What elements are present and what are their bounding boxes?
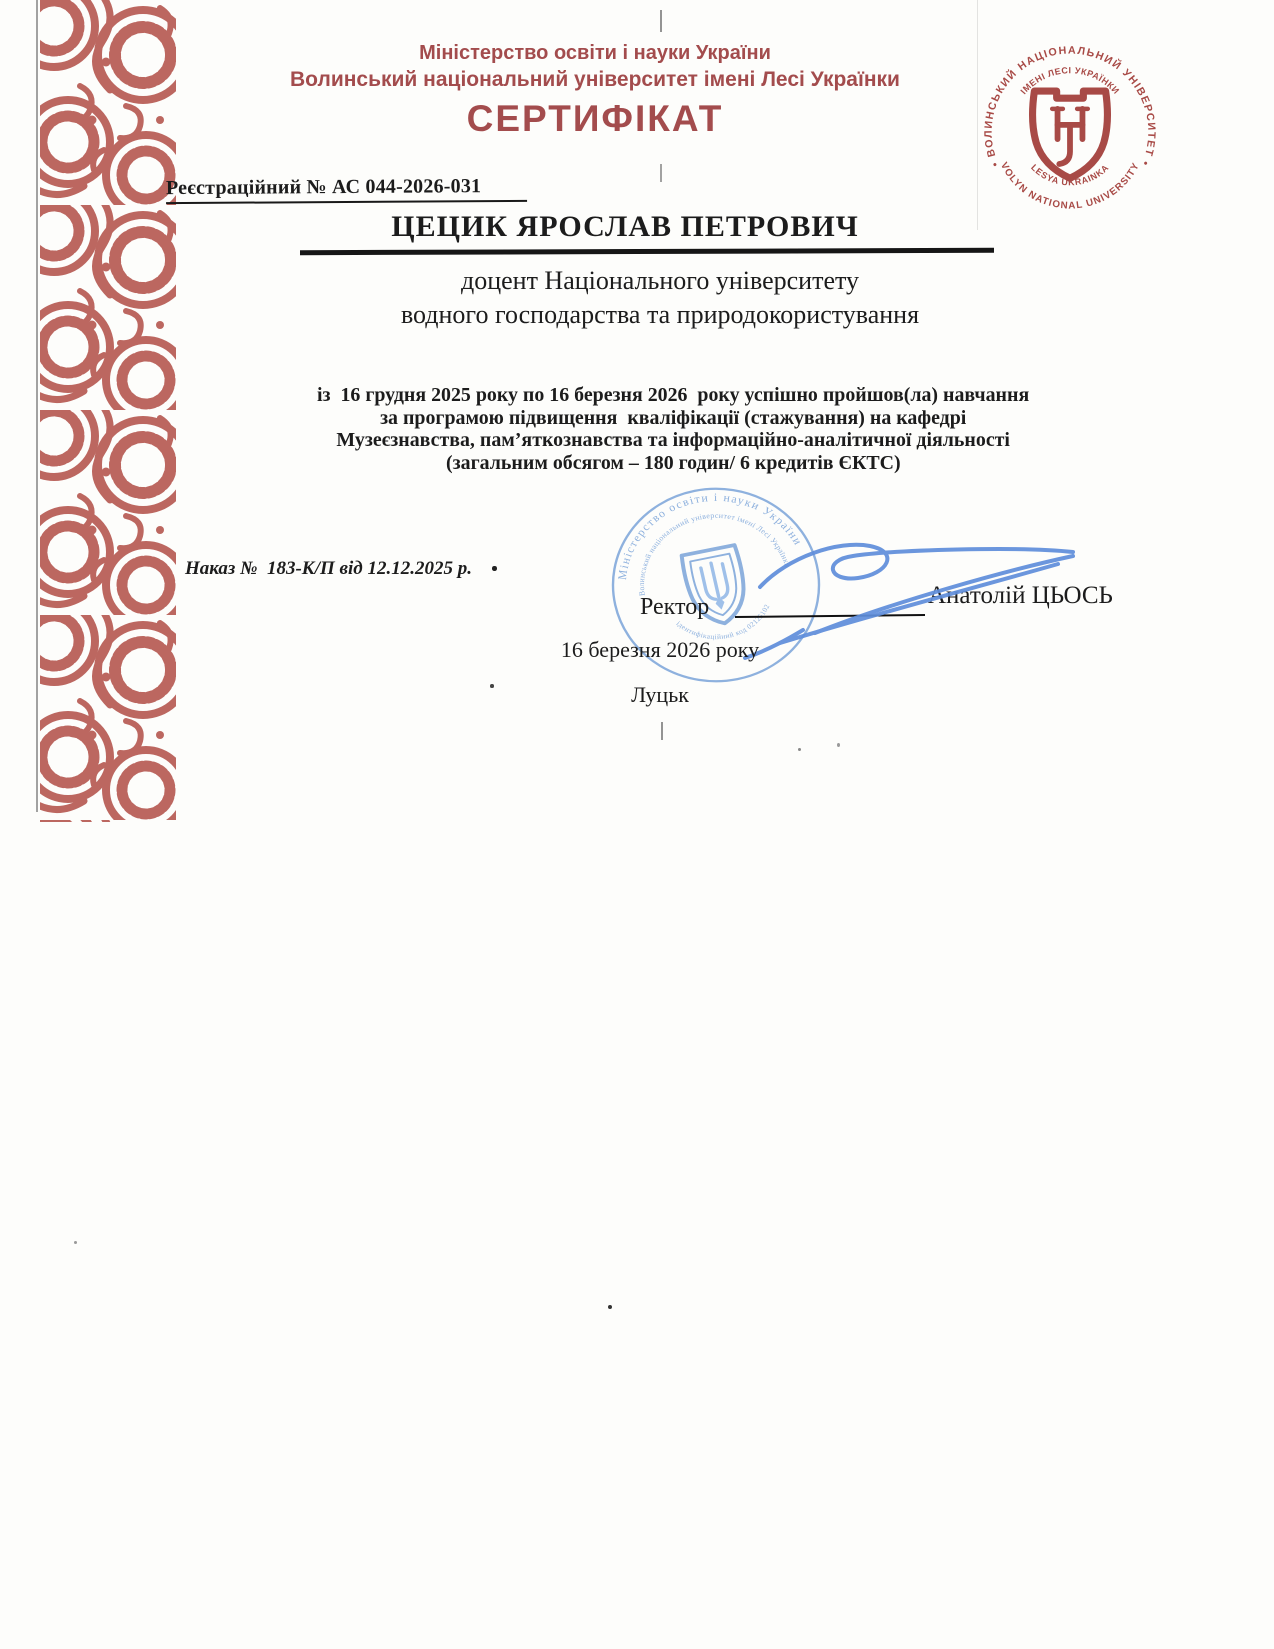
rector-label: Ректор: [640, 594, 709, 621]
body-line-2: за програмою підвищення кваліфікації (ст…: [248, 407, 1098, 430]
ornamental-border: [40, 0, 176, 822]
issue-date: 16 березня 2026 року: [560, 637, 760, 663]
university-line: Волинський національний університет імен…: [170, 68, 1020, 92]
ink-speck-6: [74, 1241, 77, 1244]
scan-fold-line: [977, 0, 978, 230]
university-seal: • ВОЛИНСЬКИЙ НАЦІОНАЛЬНИЙ УНІВЕРСИТЕТ • …: [981, 43, 1159, 221]
body-line-3: Музеєзнавства, пам’яткознавства та інфор…: [248, 429, 1098, 452]
ink-speck-1: [492, 566, 497, 571]
university-seal-svg: • ВОЛИНСЬКИЙ НАЦІОНАЛЬНИЙ УНІВЕРСИТЕТ • …: [981, 43, 1159, 221]
recipient-position-line2: водного господарства та природокористува…: [235, 300, 1085, 330]
registration-number: Реєстраційний № АС 044-2026-031: [166, 175, 527, 204]
fold-mark-top: [660, 10, 662, 32]
name-underline-rule: [300, 248, 994, 255]
signature-svg: [718, 512, 1088, 667]
ink-speck-2: [490, 684, 494, 688]
rector-signature: [718, 512, 1088, 667]
ink-speck-5: [608, 1305, 612, 1309]
body-line-4: (загальним обсягом – 180 годин/ 6 кредит…: [248, 452, 1098, 475]
ornament-pattern-svg: [40, 0, 176, 822]
seal-shield-monogram: [1033, 91, 1108, 178]
ministry-line: Міністерство освіти і науки України: [170, 42, 1020, 65]
recipient-position-line1: доцент Національного університету: [235, 266, 1085, 296]
certificate-page: Міністерство освіти і науки України Воли…: [0, 0, 1274, 1649]
body-line-1: із 16 грудня 2025 року по 16 березня 202…: [248, 384, 1098, 407]
fold-mark-middle: [661, 722, 663, 740]
recipient-name: ЦЕЦИК ЯРОСЛАВ ПЕТРОВИЧ: [200, 210, 1050, 244]
fold-mark-upper: [660, 164, 662, 182]
scan-edge-line: [36, 0, 38, 812]
issue-city: Луцьк: [560, 682, 760, 708]
ink-speck-3: [798, 748, 801, 751]
order-number-line: Наказ № 183-К/П від 12.12.2025 р.: [185, 558, 472, 580]
ink-speck-4: [837, 743, 840, 747]
certificate-title: СЕРТИФІКАТ: [170, 98, 1020, 140]
